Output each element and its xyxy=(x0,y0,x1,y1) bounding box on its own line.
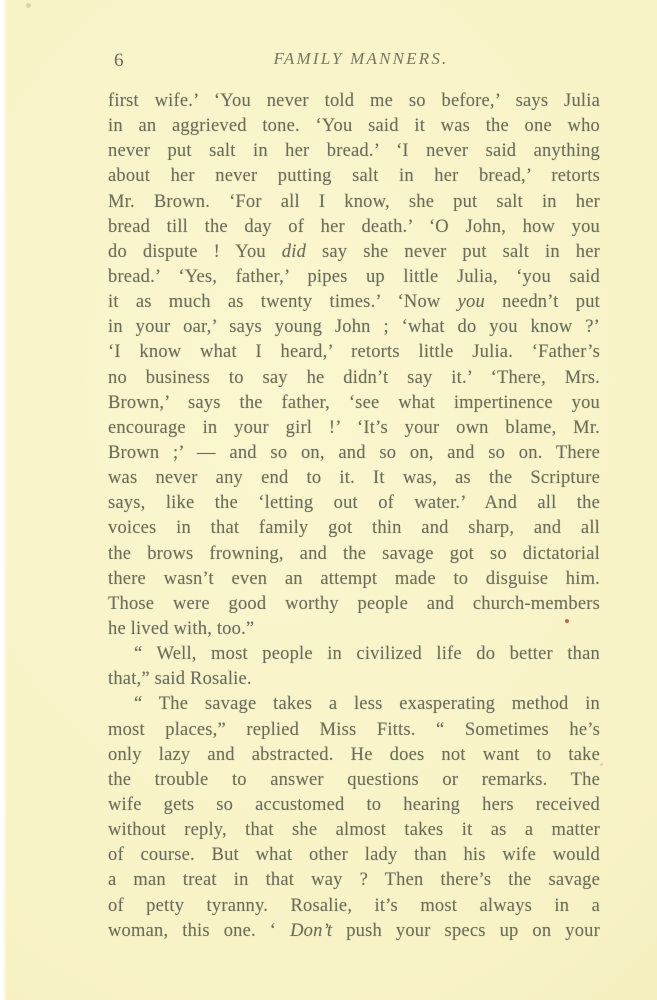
text-line: the trouble to answer questions or remar… xyxy=(108,768,600,793)
paper-speck xyxy=(26,3,31,8)
text-line: it as much as twenty times.’ ‘Now you ne… xyxy=(108,290,600,315)
text-line: encourage in your girl !’ ‘It’s your own… xyxy=(108,416,600,441)
text-segment: push your specs up on your xyxy=(332,921,600,941)
text-segment: the brows frowning, and the savage got s… xyxy=(108,544,600,564)
text-line: says, like the ‘letting out of water.’ A… xyxy=(108,491,600,516)
text-line: without reply, that she almost takes it … xyxy=(108,818,600,843)
text-segment: of course. But what other lady than his … xyxy=(108,845,600,865)
italic-text: did xyxy=(282,242,306,262)
text-line: woman, this one. ‘ Don’t push your specs… xyxy=(108,919,600,944)
text-line: was never any end to it. It was, as the … xyxy=(108,466,600,491)
text-segment: the trouble to answer questions or remar… xyxy=(108,770,600,790)
text-segment: in your oar,’ says young John ; ‘what do… xyxy=(108,317,600,337)
text-line: Mr. Brown. ‘For all I know, she put salt… xyxy=(108,190,600,215)
text-segment: only lazy and abstracted. He does not wa… xyxy=(108,745,600,765)
text-segment: ‘I know what I heard,’ retorts little Ju… xyxy=(108,342,600,362)
text-segment: in an aggrieved tone. ‘You said it was t… xyxy=(108,116,600,136)
text-line: never put salt in her bread.’ ‘I never s… xyxy=(108,139,600,164)
text-segment: he lived with, too.” xyxy=(108,619,254,639)
paper-speck xyxy=(565,619,569,623)
text-line: no business to say he didn’t say it.’ ‘T… xyxy=(108,366,600,391)
text-line: first wife.’ ‘You never told me so befor… xyxy=(108,89,600,114)
running-head: FAMILY MANNERS. xyxy=(108,49,600,69)
text-segment: that,” said Rosalie. xyxy=(108,669,252,689)
text-line: most places,” replied Miss Fitts. “ Some… xyxy=(108,718,600,743)
text-segment: encourage in your girl !’ ‘It’s your own… xyxy=(108,418,600,438)
text-line: Brown,’ says the father, ‘see what imper… xyxy=(108,391,600,416)
text-line: that,” said Rosalie. xyxy=(108,667,600,692)
text-line: only lazy and abstracted. He does not wa… xyxy=(108,743,600,768)
text-segment: never put salt in her bread.’ ‘I never s… xyxy=(108,141,600,161)
text-segment: “ The savage takes a less exasperating m… xyxy=(134,694,600,714)
text-segment: Brown ;’ — and so on, and so on, and so … xyxy=(108,443,600,463)
text-segment: do dispute ! You xyxy=(108,242,282,262)
text-line: a man treat in that way ? Then there’s t… xyxy=(108,868,600,893)
text-line: Brown ;’ — and so on, and so on, and so … xyxy=(108,441,600,466)
text-segment: wife gets so accustomed to hearing hers … xyxy=(108,795,600,815)
text-segment: about her never putting salt in her brea… xyxy=(108,166,600,186)
text-line: voices in that family got thin and sharp… xyxy=(108,516,600,541)
text-line: in your oar,’ says young John ; ‘what do… xyxy=(108,315,600,340)
text-segment: without reply, that she almost takes it … xyxy=(108,820,600,840)
text-segment: Those were good worthy people and church… xyxy=(108,594,600,614)
text-segment: says, like the ‘letting out of water.’ A… xyxy=(108,493,600,513)
text-segment: woman, this one. ‘ xyxy=(108,921,290,941)
page-header: 6 FAMILY MANNERS. xyxy=(108,49,600,73)
text-line: about her never putting salt in her brea… xyxy=(108,164,600,189)
text-segment: no business to say he didn’t say it.’ ‘T… xyxy=(108,368,600,388)
text-line: in an aggrieved tone. ‘You said it was t… xyxy=(108,114,600,139)
book-page: 6 FAMILY MANNERS. first wife.’ ‘You neve… xyxy=(0,0,657,1000)
text-segment: Mr. Brown. ‘For all I know, she put salt… xyxy=(108,192,600,212)
text-line: of petty tyranny. Rosalie, it’s most alw… xyxy=(108,894,600,919)
text-line: do dispute ! You did say she never put s… xyxy=(108,240,600,265)
page-number: 6 xyxy=(114,50,124,72)
page-text: first wife.’ ‘You never told me so befor… xyxy=(108,89,600,944)
text-segment: a man treat in that way ? Then there’s t… xyxy=(108,870,600,890)
text-segment: needn’t put xyxy=(485,292,600,312)
text-segment: first wife.’ ‘You never told me so befor… xyxy=(108,91,600,111)
text-line: bread.’ ‘Yes, father,’ pipes up little J… xyxy=(108,265,600,290)
text-segment: say she never put salt in her xyxy=(306,242,600,262)
text-line: there wasn’t even an attempt made to dis… xyxy=(108,567,600,592)
text-line: “ The savage takes a less exasperating m… xyxy=(108,692,600,717)
italic-text: you xyxy=(458,292,485,312)
paragraph: first wife.’ ‘You never told me so befor… xyxy=(108,89,600,642)
italic-text: Don’t xyxy=(290,921,332,941)
text-segment: bread.’ ‘Yes, father,’ pipes up little J… xyxy=(108,267,600,287)
text-line: wife gets so accustomed to hearing hers … xyxy=(108,793,600,818)
scan-edge xyxy=(0,0,7,1000)
text-segment: it as much as twenty times.’ ‘Now xyxy=(108,292,458,312)
text-segment: bread till the day of her death.’ ‘O Joh… xyxy=(108,217,600,237)
text-line: he lived with, too.” xyxy=(108,617,600,642)
text-line: ‘I know what I heard,’ retorts little Ju… xyxy=(108,340,600,365)
paper-speck xyxy=(600,763,603,766)
text-line: Those were good worthy people and church… xyxy=(108,592,600,617)
paragraph: “ The savage takes a less exasperating m… xyxy=(108,692,600,943)
paragraph: “ Well, most people in civilized life do… xyxy=(108,642,600,692)
text-line: “ Well, most people in civilized life do… xyxy=(108,642,600,667)
text-segment: voices in that family got thin and sharp… xyxy=(108,518,600,538)
text-segment: most places,” replied Miss Fitts. “ Some… xyxy=(108,720,600,740)
text-segment: was never any end to it. It was, as the … xyxy=(108,468,600,488)
text-segment: there wasn’t even an attempt made to dis… xyxy=(108,569,600,589)
text-line: the brows frowning, and the savage got s… xyxy=(108,542,600,567)
text-segment: Brown,’ says the father, ‘see what imper… xyxy=(108,393,600,413)
text-segment: of petty tyranny. Rosalie, it’s most alw… xyxy=(108,896,600,916)
text-line: bread till the day of her death.’ ‘O Joh… xyxy=(108,215,600,240)
text-line: of course. But what other lady than his … xyxy=(108,843,600,868)
text-segment: “ Well, most people in civilized life do… xyxy=(134,644,600,664)
